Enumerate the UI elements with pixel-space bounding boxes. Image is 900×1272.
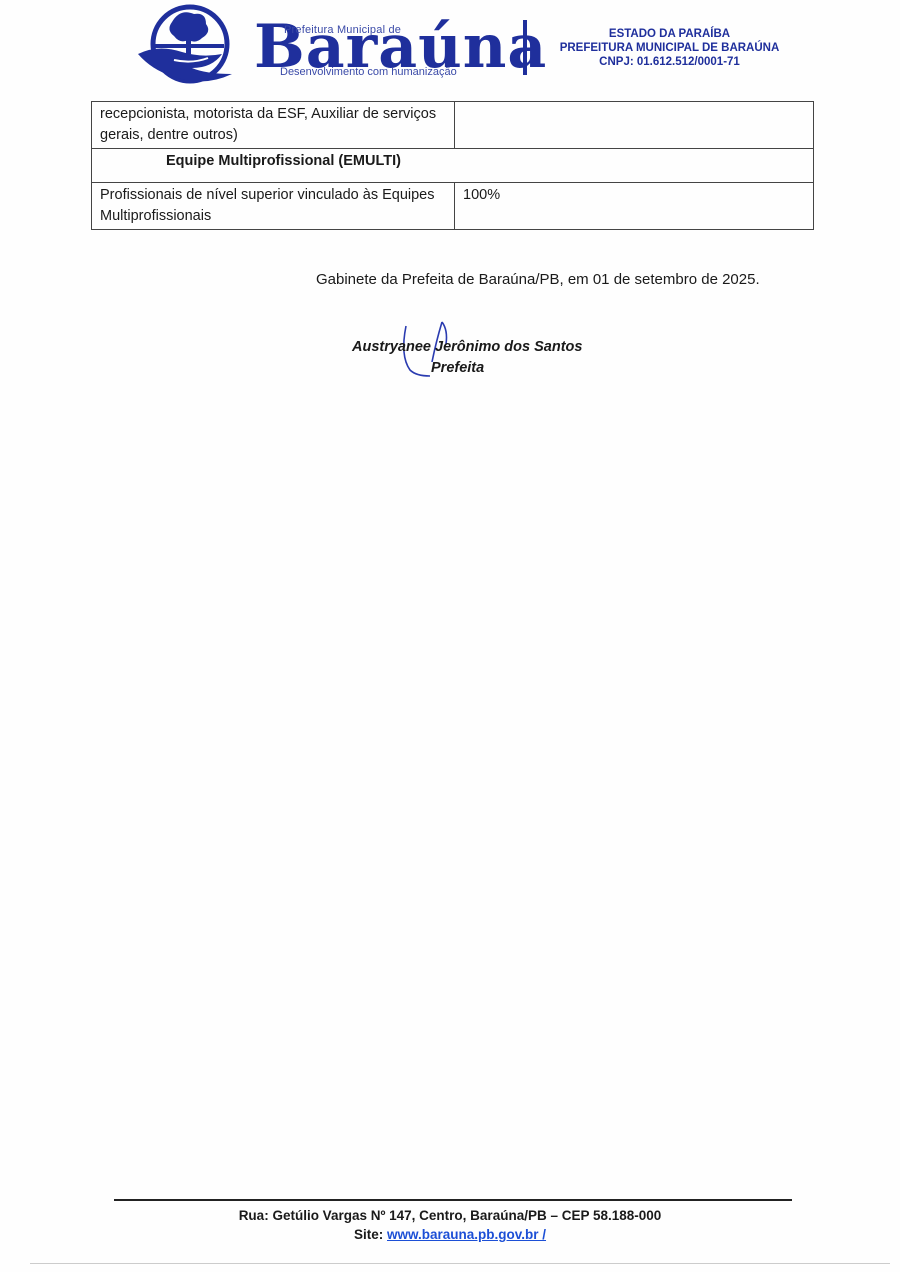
- header-institution-block: ESTADO DA PARAÍBA PREFEITURA MUNICIPAL D…: [532, 27, 807, 69]
- roles-percentage-table: recepcionista, motorista da ESF, Auxilia…: [91, 101, 814, 230]
- place-date-line: Gabinete da Prefeita de Baraúna/PB, em 0…: [316, 271, 760, 288]
- signer-role: Prefeita: [431, 360, 484, 376]
- state-name: ESTADO DA PARAÍBA: [532, 27, 807, 41]
- brand-tagline: Desenvolvimento com humanização: [280, 66, 457, 78]
- footer-address: Rua: Getúlio Vargas Nº 147, Centro, Bara…: [0, 1208, 900, 1223]
- signer-name: Austryanee Jerônimo dos Santos: [352, 339, 582, 355]
- table-cell-value: [455, 102, 814, 149]
- prefecture-name: PREFEITURA MUNICIPAL DE BARAÚNA: [532, 41, 807, 55]
- cnpj: CNPJ: 01.612.512/0001-71: [532, 55, 807, 69]
- table-row: recepcionista, motorista da ESF, Auxilia…: [92, 102, 814, 149]
- table-row: Profissionais de nível superior vinculad…: [92, 183, 814, 230]
- header-divider: [523, 20, 527, 75]
- section-title: Equipe Multiprofissional (EMULTI): [166, 151, 401, 172]
- footer-divider: [114, 1199, 792, 1201]
- table-cell-value: 100%: [455, 183, 814, 230]
- table-section-row: Equipe Multiprofissional (EMULTI): [92, 149, 814, 183]
- table-section-header: Equipe Multiprofissional (EMULTI): [92, 149, 814, 183]
- municipal-logo-emblem: [134, 2, 238, 86]
- page-edge-line: [30, 1263, 890, 1264]
- table-cell-role: Profissionais de nível superior vinculad…: [92, 183, 455, 230]
- site-link[interactable]: www.barauna.pb.gov.br /: [387, 1227, 546, 1242]
- site-label: Site:: [354, 1227, 383, 1242]
- brand-subtitle: Prefeitura Municipal de: [284, 24, 401, 36]
- table-cell-role: recepcionista, motorista da ESF, Auxilia…: [92, 102, 455, 149]
- footer-site-line: Site: www.barauna.pb.gov.br /: [0, 1227, 900, 1242]
